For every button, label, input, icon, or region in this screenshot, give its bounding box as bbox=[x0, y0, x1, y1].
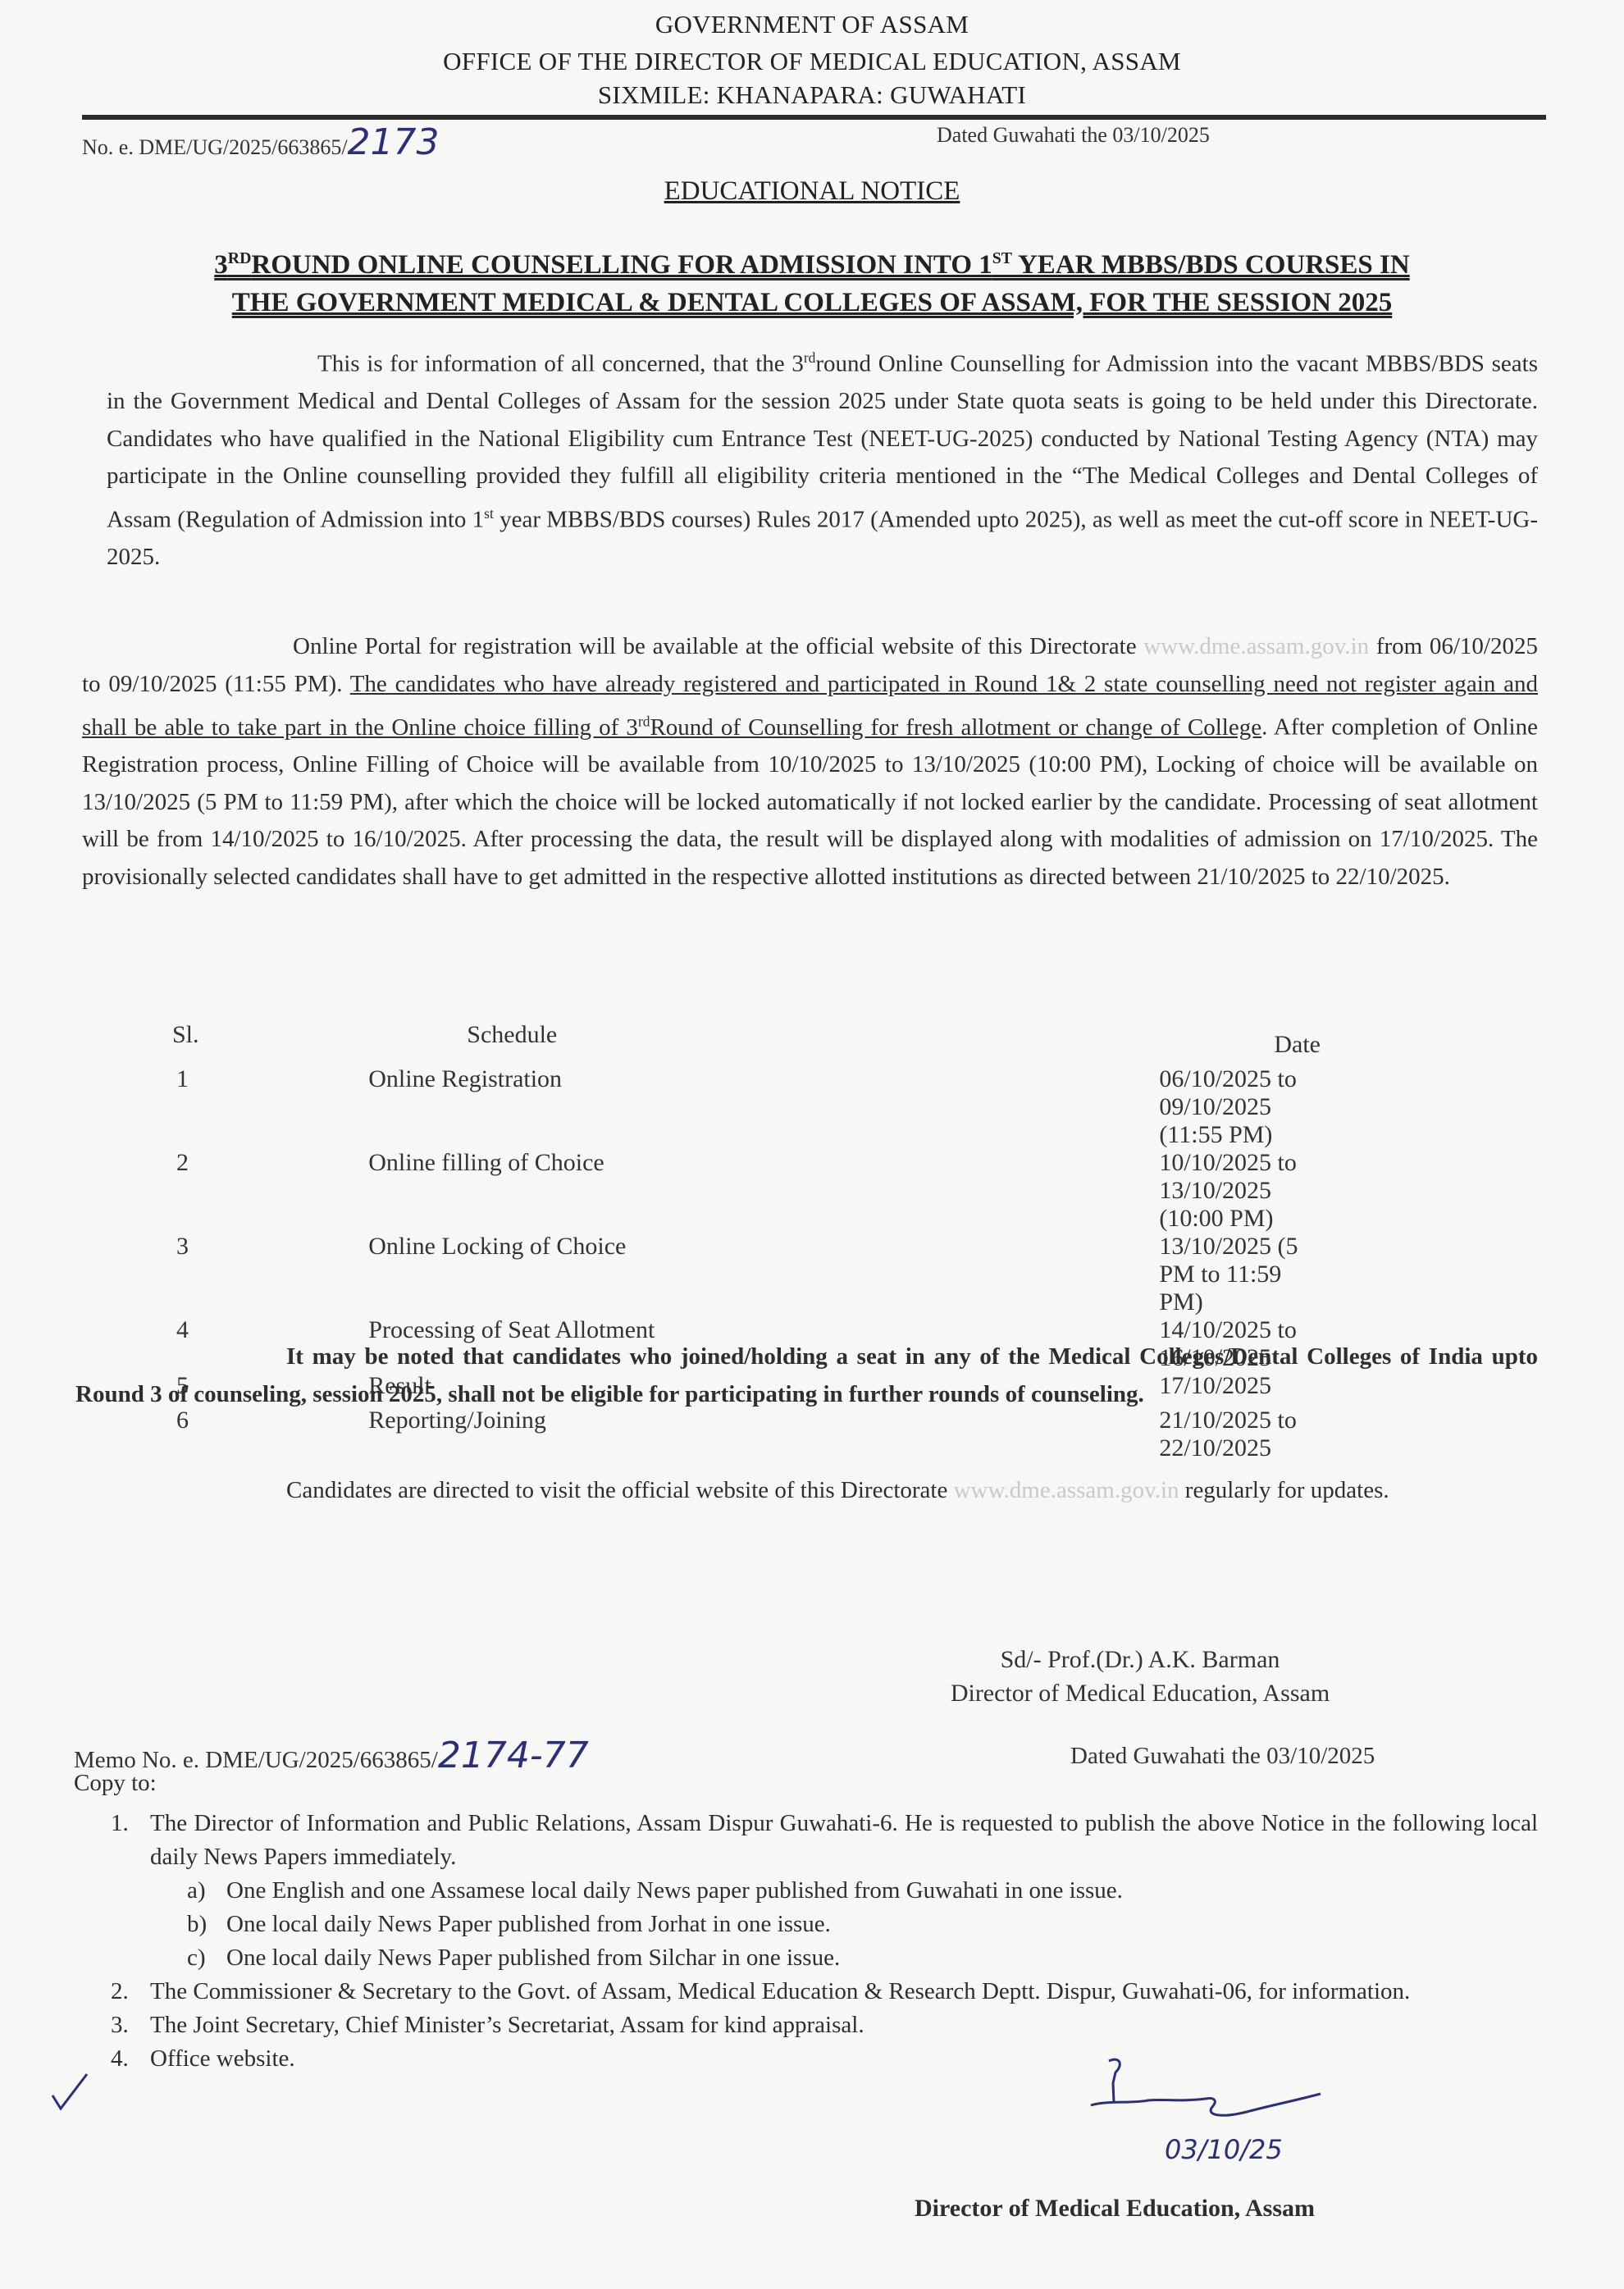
website-link[interactable]: www.dme.assam.gov.in bbox=[1143, 633, 1369, 659]
copy-to-item-number: 3. bbox=[111, 2009, 150, 2042]
copy-to-label: Copy to: bbox=[74, 1770, 157, 1797]
header-address: SIXMILE: KHANAPARA: GUWAHATI bbox=[0, 80, 1624, 110]
col-schedule: Schedule bbox=[270, 1021, 1003, 1065]
checkmark-icon bbox=[49, 2071, 90, 2112]
copy-to-item: 3.The Joint Secretary, Chief Minister’s … bbox=[111, 2009, 1538, 2042]
copy-to-subitem-letter: a) bbox=[187, 1874, 226, 1908]
notice-heading: EDUCATIONAL NOTICE bbox=[0, 176, 1624, 207]
signatory-designation: Director of Medical Education, Assam bbox=[886, 1676, 1394, 1710]
copy-to-subitem-letter: c) bbox=[187, 1941, 226, 1975]
paragraph-website-notice: Candidates are directed to visit the off… bbox=[75, 1472, 1538, 1510]
copy-to-subitem: c)One local daily News Paper published f… bbox=[187, 1941, 1538, 1975]
copy-to-subitem: b)One local daily News Paper published f… bbox=[187, 1908, 1538, 1941]
notice-title-line2: THE GOVERNMENT MEDICAL & DENTAL COLLEGES… bbox=[98, 284, 1526, 321]
copy-to-subitem: a)One English and one Assamese local dai… bbox=[187, 1874, 1538, 1908]
schedule-activity: Reporting/Joining bbox=[270, 1407, 1003, 1462]
copy-to-item-text: Office website. bbox=[150, 2045, 295, 2072]
paragraph-intro: This is for information of all concerned… bbox=[107, 340, 1538, 576]
website-link-2[interactable]: www.dme.assam.gov.in bbox=[954, 1477, 1179, 1503]
copy-to-item-text: The Commissioner & Secretary to the Govt… bbox=[150, 1978, 1410, 2004]
schedule-sl: 2 bbox=[172, 1149, 270, 1233]
schedule-sl: 3 bbox=[172, 1233, 270, 1316]
schedule-sl: 1 bbox=[172, 1065, 270, 1149]
reference-number: No. e. DME/UG/2025/663865/2173 bbox=[82, 121, 440, 163]
schedule-header-row: Sl. Schedule Date bbox=[172, 1021, 1321, 1065]
schedule-date: 13/10/2025 (5 PM to 11:59 PM) bbox=[1003, 1233, 1321, 1316]
copy-to-list: 1.The Director of Information and Public… bbox=[111, 1807, 1538, 2076]
copy-to-subitem-text: One English and one Assamese local daily… bbox=[226, 1874, 1123, 1908]
schedule-sl: 6 bbox=[172, 1407, 270, 1462]
copy-to-item-text: The Joint Secretary, Chief Minister’s Se… bbox=[150, 2012, 864, 2038]
schedule-date: 10/10/2025 to 13/10/2025 (10:00 PM) bbox=[1003, 1149, 1321, 1233]
signature-date-handwritten: 03/10/25 bbox=[1165, 2134, 1283, 2165]
schedule-date: 06/10/2025 to 09/10/2025 (11:55 PM) bbox=[1003, 1065, 1321, 1149]
reference-date: Dated Guwahati the 03/10/2025 bbox=[937, 123, 1210, 148]
reference-number-prefix: No. e. DME/UG/2025/663865/ bbox=[82, 135, 348, 159]
memo-number-handwritten: 2174-77 bbox=[438, 1735, 589, 1776]
schedule-activity: Online Locking of Choice bbox=[270, 1233, 1003, 1316]
schedule-row: 2Online filling of Choice10/10/2025 to 1… bbox=[172, 1149, 1321, 1233]
copy-to-subitem-text: One local daily News Paper published fro… bbox=[226, 1908, 831, 1941]
signatory-name: Sd/- Prof.(Dr.) A.K. Barman bbox=[886, 1643, 1394, 1676]
schedule-activity: Online filling of Choice bbox=[270, 1149, 1003, 1233]
paragraph-eligibility-note: It may be noted that candidates who join… bbox=[75, 1338, 1538, 1413]
signature-scribble-icon bbox=[1083, 2054, 1362, 2145]
copy-to-item-number: 4. bbox=[111, 2042, 150, 2076]
copy-to-subitem-text: One local daily News Paper published fro… bbox=[226, 1941, 840, 1975]
memo-date: Dated Guwahati the 03/10/2025 bbox=[1070, 1743, 1375, 1770]
header-office: OFFICE OF THE DIRECTOR OF MEDICAL EDUCAT… bbox=[0, 47, 1624, 76]
header-government: GOVERNMENT OF ASSAM bbox=[0, 10, 1624, 39]
schedule-row: 1Online Registration06/10/2025 to 09/10/… bbox=[172, 1065, 1321, 1149]
copy-to-item: 2.The Commissioner & Secretary to the Go… bbox=[111, 1975, 1538, 2009]
col-date: Date bbox=[1003, 1021, 1321, 1065]
schedule-row: 3Online Locking of Choice13/10/2025 (5 P… bbox=[172, 1233, 1321, 1316]
notice-title: 3RDROUND ONLINE COUNSELLING FOR ADMISSIO… bbox=[98, 239, 1526, 321]
copy-to-item-text: The Director of Information and Public R… bbox=[150, 1810, 1538, 1870]
reference-number-handwritten: 2173 bbox=[348, 121, 440, 163]
signature-block: Sd/- Prof.(Dr.) A.K. Barman Director of … bbox=[886, 1643, 1394, 1710]
copy-to-item: 1.The Director of Information and Public… bbox=[111, 1807, 1538, 1975]
paragraph-registration: Online Portal for registration will be a… bbox=[82, 628, 1538, 896]
memo-signatory-designation: Director of Medical Education, Assam bbox=[915, 2195, 1315, 2223]
schedule-activity: Online Registration bbox=[270, 1065, 1003, 1149]
copy-to-item-number: 1. bbox=[111, 1807, 150, 1975]
copy-to-item-number: 2. bbox=[111, 1975, 150, 2009]
header-divider bbox=[82, 115, 1546, 120]
notice-title-line1: 3RDROUND ONLINE COUNSELLING FOR ADMISSIO… bbox=[98, 239, 1526, 284]
copy-to-subitem-letter: b) bbox=[187, 1908, 226, 1941]
schedule-date: 21/10/2025 to 22/10/2025 bbox=[1003, 1407, 1321, 1462]
col-sl: Sl. bbox=[172, 1021, 270, 1065]
notice-page: GOVERNMENT OF ASSAM OFFICE OF THE DIRECT… bbox=[0, 0, 1624, 2289]
schedule-row: 6Reporting/Joining21/10/2025 to 22/10/20… bbox=[172, 1407, 1321, 1462]
